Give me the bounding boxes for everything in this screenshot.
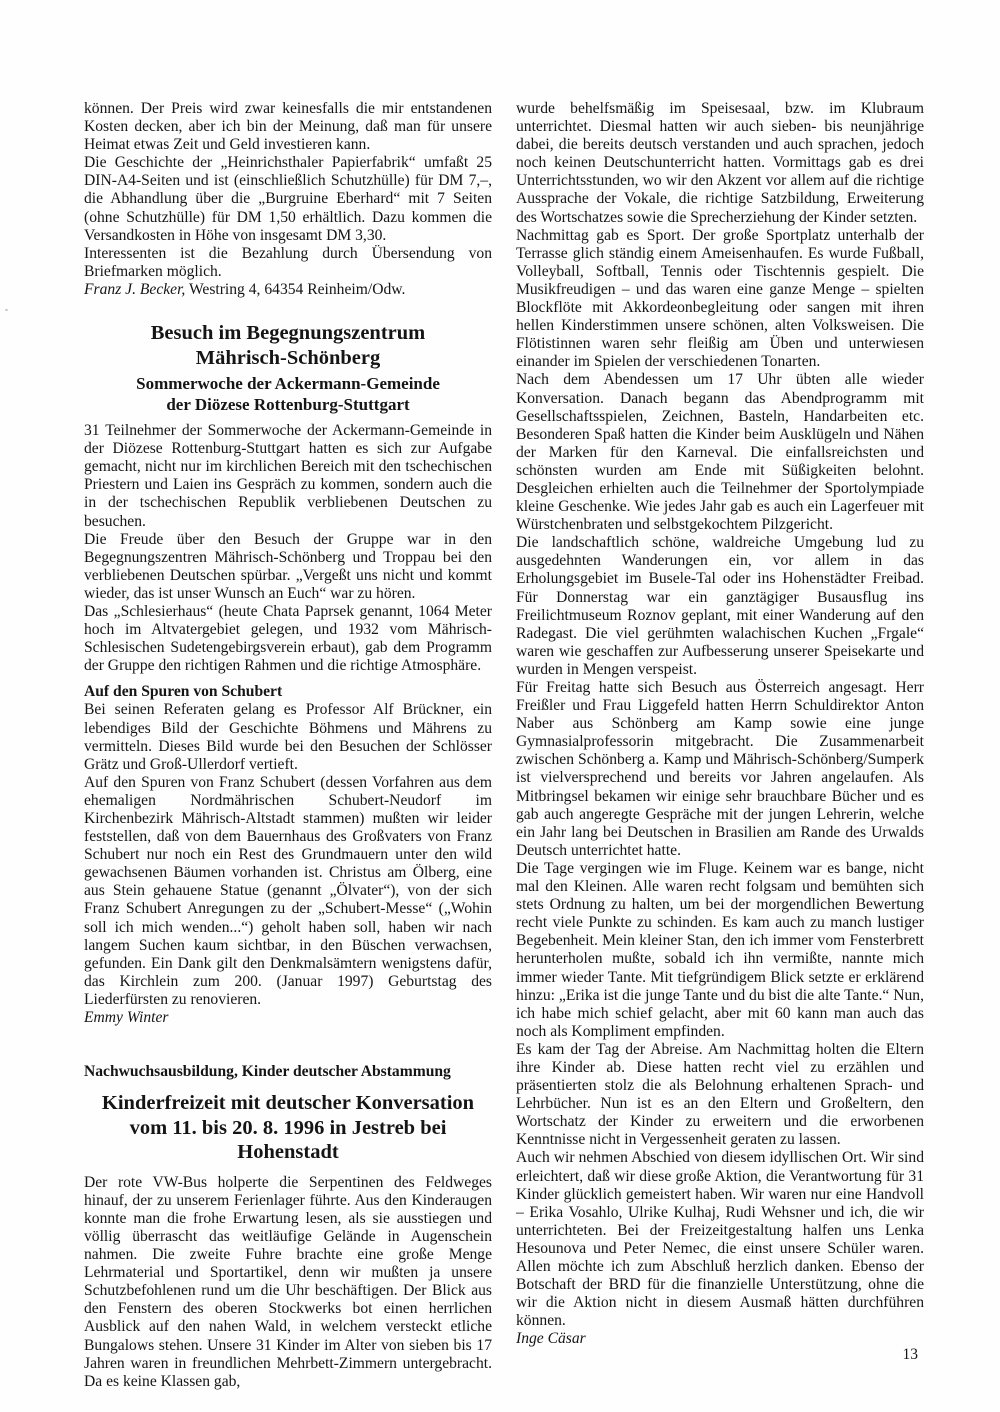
author-name: Franz J. Becker, [84, 281, 185, 298]
author-signature: Franz J. Becker, Westring 4, 64354 Reinh… [84, 281, 492, 299]
section-subhead: Auf den Spuren von Schubert [84, 683, 492, 701]
paragraph: Nach dem Abendessen um 17 Uhr übten alle… [516, 371, 924, 534]
scan-speck [5, 309, 8, 311]
paragraph: Nachmittag gab es Sport. Der große Sport… [516, 227, 924, 372]
paragraph: Die Geschichte der „Heinrichsthaler Papi… [84, 154, 492, 244]
article-title: Kinderfreizeit mit deutscher Konversatio… [84, 1091, 492, 1165]
article-subtitle: Sommerwoche der Ackermann-Gemeindeder Di… [84, 373, 492, 415]
title-line: vom 11. bis 20. 8. 1996 in Jestreb bei H… [130, 1117, 447, 1164]
subtitle-line: der Diözese Rottenburg-Stuttgart [166, 395, 409, 414]
author-address: Westring 4, 64354 Reinheim/Odw. [185, 281, 405, 298]
two-column-layout: können. Der Preis wird zwar keinesfalls … [84, 100, 924, 1391]
paragraph: Bei seinen Referaten gelang es Professor… [84, 701, 492, 773]
paragraph: Es kam der Tag der Abreise. Am Nachmitta… [516, 1041, 924, 1150]
title-line: Kinderfreizeit mit deutscher Konversatio… [102, 1092, 474, 1114]
paragraph: 31 Teilnehmer der Sommerwoche der Ackerm… [84, 422, 492, 531]
paragraph: können. Der Preis wird zwar keinesfalls … [84, 100, 492, 154]
paragraph: Der rote VW-Bus holperte die Serpentinen… [84, 1174, 492, 1391]
paragraph: Die landschaftlich schöne, waldreiche Um… [516, 534, 924, 679]
paragraph: Die Freude über den Besuch der Gruppe wa… [84, 531, 492, 603]
right-column: wurde behelfsmäßig im Speisesaal, bzw. i… [516, 100, 924, 1391]
paragraph: wurde behelfsmäßig im Speisesaal, bzw. i… [516, 100, 924, 227]
paragraph: Das „Schlesierhaus“ (heute Chata Paprsek… [84, 603, 492, 675]
article-kicker: Nachwuchsausbildung, Kinder deutscher Ab… [84, 1063, 492, 1081]
article-title: Besuch im Begegnungszentrum [84, 321, 492, 346]
subtitle-line: Sommerwoche der Ackermann-Gemeinde [136, 374, 440, 393]
author-signature: Inge Cäsar [516, 1330, 924, 1348]
paragraph: Für Freitag hatte sich Besuch aus Österr… [516, 679, 924, 860]
article-title: Mährisch-Schönberg [84, 346, 492, 371]
paragraph: Auch wir nehmen Abschied von diesem idyl… [516, 1149, 924, 1330]
paragraph: Interessenten ist die Bezahlung durch Üb… [84, 245, 492, 281]
document-page: können. Der Preis wird zwar keinesfalls … [0, 0, 1000, 1412]
paragraph: Auf den Spuren von Franz Schubert (desse… [84, 774, 492, 1009]
author-signature: Emmy Winter [84, 1009, 492, 1027]
page-number: 13 [903, 1346, 919, 1364]
paragraph: Die Tage vergingen wie im Fluge. Keinem … [516, 860, 924, 1041]
left-column: können. Der Preis wird zwar keinesfalls … [84, 100, 492, 1391]
